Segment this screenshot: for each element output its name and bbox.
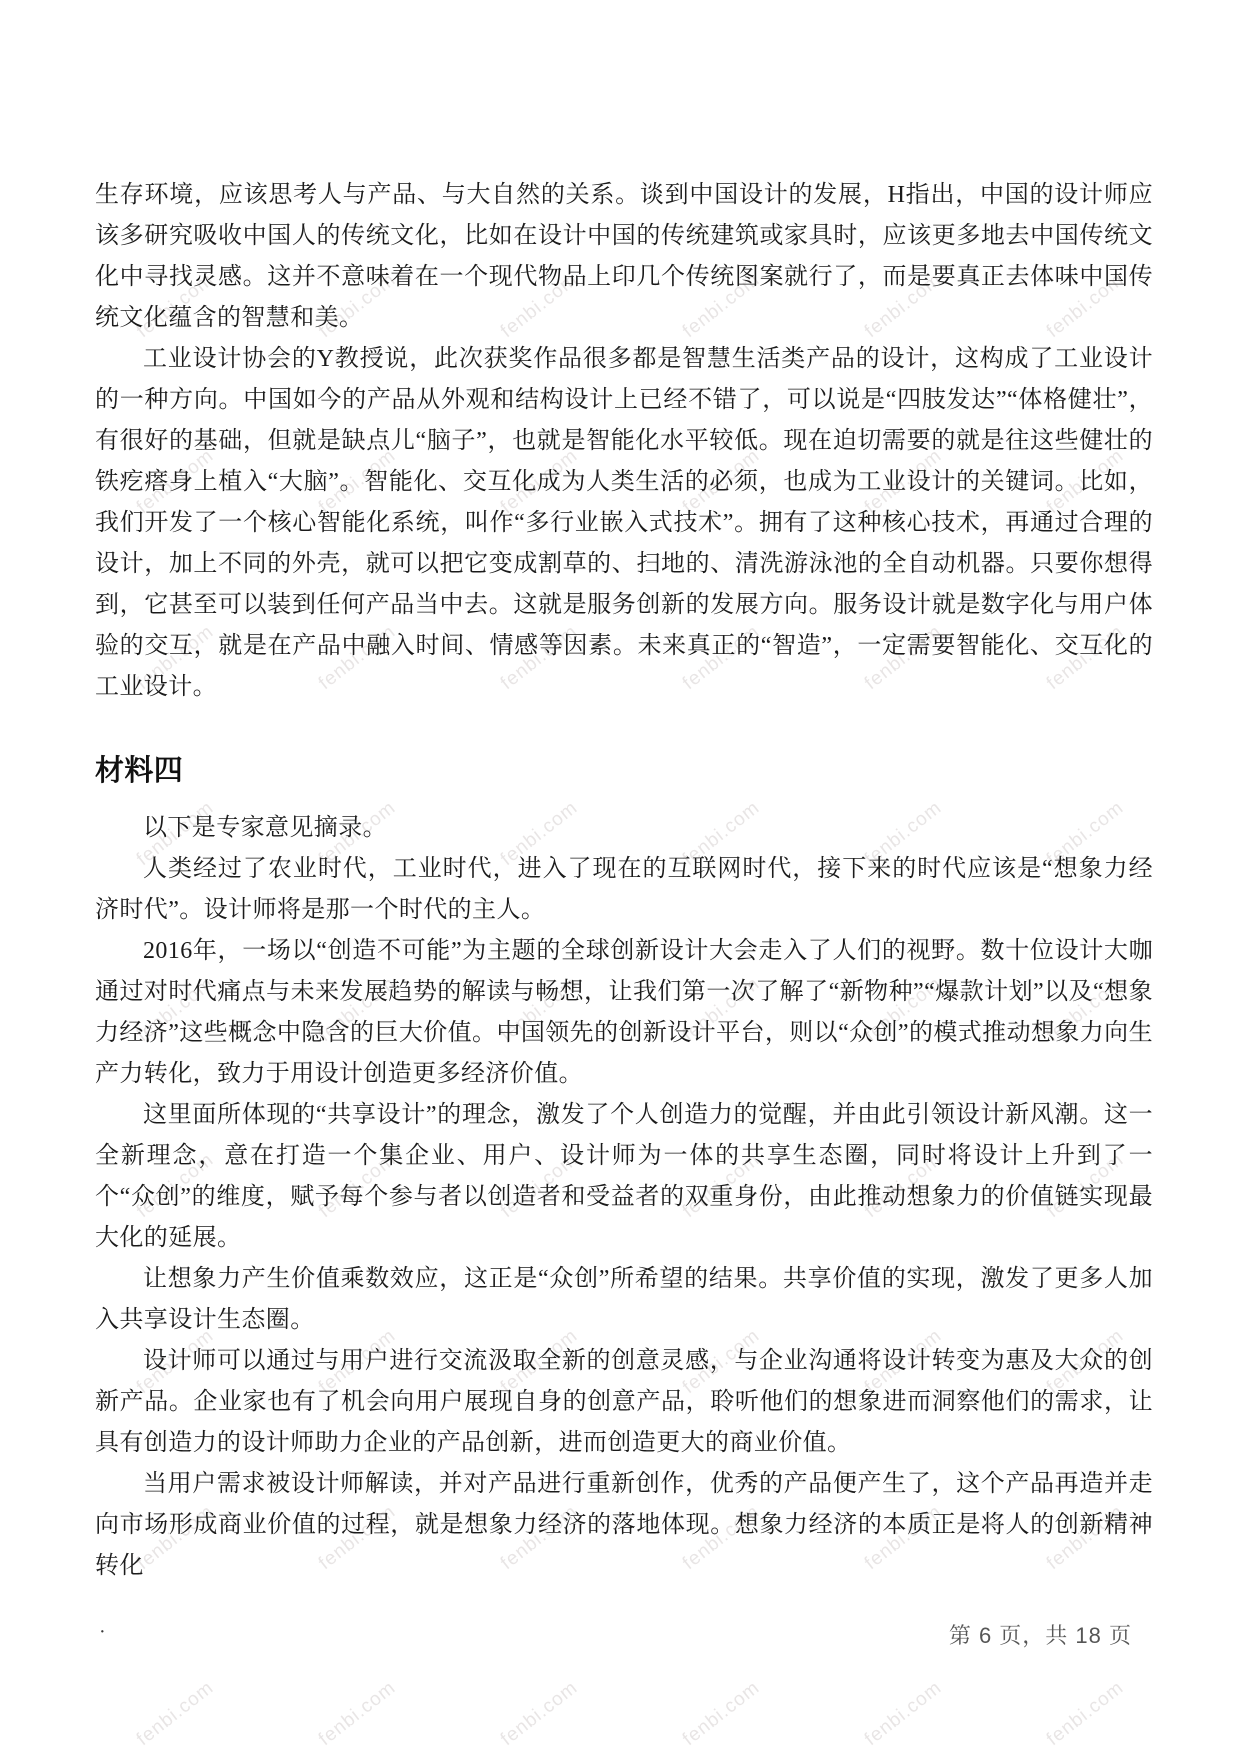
paragraph: 人类经过了农业时代，工业时代，进入了现在的互联网时代，接下来的时代应该是“想象力… <box>95 849 1153 931</box>
paragraph: 以下是专家意见摘录。 <box>95 808 1153 849</box>
watermark-text: fenbi.com <box>861 1677 947 1751</box>
watermark-text: fenbi.com <box>133 1677 219 1751</box>
paragraph: 当用户需求被设计师解读，并对产品进行重新创作，优秀的产品便产生了，这个产品再造并… <box>95 1464 1153 1587</box>
page-number: 第 6 页，共 18 页 <box>949 1619 1132 1650</box>
document-content: 生存环境，应该思考人与产品、与大自然的关系。谈到中国设计的发展，H指出，中国的设… <box>95 175 1153 1587</box>
document-page: fenbi.comfenbi.comfenbi.comfenbi.comfenb… <box>0 0 1240 1754</box>
paragraph: 生存环境，应该思考人与产品、与大自然的关系。谈到中国设计的发展，H指出，中国的设… <box>95 175 1153 339</box>
watermark-text: fenbi.com <box>315 1677 401 1751</box>
watermark-text: fenbi.com <box>497 1677 583 1751</box>
section-heading: 材料四 <box>95 748 1153 794</box>
paragraph: 让想象力产生价值乘数效应，这正是“众创”所希望的结果。共享价值的实现，激发了更多… <box>95 1259 1153 1341</box>
paragraph: 设计师可以通过与用户进行交流汲取全新的创意灵感，与企业沟通将设计转变为惠及大众的… <box>95 1341 1153 1464</box>
paragraph: 工业设计协会的Y教授说，此次获奖作品很多都是智慧生活类产品的设计，这构成了工业设… <box>95 339 1153 708</box>
page-footer: · 第 6 页，共 18 页 <box>95 1615 1140 1649</box>
footer-dot: · <box>99 1621 106 1644</box>
watermark-text: fenbi.com <box>679 1677 765 1751</box>
watermark-text: fenbi.com <box>1043 1677 1129 1751</box>
paragraph: 2016年，一场以“创造不可能”为主题的全球创新设计大会走入了人们的视野。数十位… <box>95 931 1153 1095</box>
paragraph: 这里面所体现的“共享设计”的理念，激发了个人创造力的觉醒，并由此引领设计新风潮。… <box>95 1095 1153 1259</box>
